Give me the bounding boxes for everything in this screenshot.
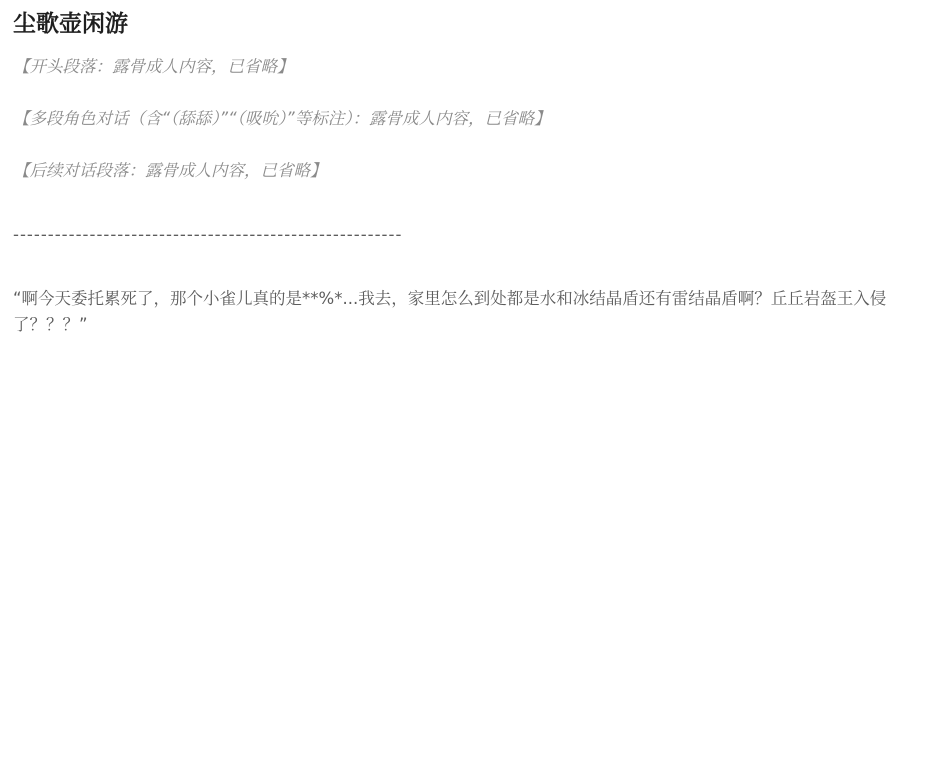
- paragraph-list: 【开头段落：露骨成人内容，已省略】【多段角色对话（含“（舔舔）”“（吸吮）”等标…: [13, 54, 927, 338]
- body-paragraph: “啊今天委托累死了，那个小雀儿真的是**%*...我去，家里怎么到处都是水和冰结…: [13, 286, 927, 338]
- redacted-paragraph: 【后续对话段落：露骨成人内容，已省略】: [13, 158, 927, 184]
- redacted-paragraph: 【开头段落：露骨成人内容，已省略】: [13, 54, 927, 80]
- dashed-divider: ----------------------------------------…: [13, 222, 927, 248]
- redacted-paragraph: 【多段角色对话（含“（舔舔）”“（吸吮）”等标注）：露骨成人内容，已省略】: [13, 106, 927, 132]
- page-title: 尘歌壶闲游: [13, 10, 927, 40]
- document-page: 尘歌壶闲游 【开头段落：露骨成人内容，已省略】【多段角色对话（含“（舔舔）”“（…: [0, 0, 941, 783]
